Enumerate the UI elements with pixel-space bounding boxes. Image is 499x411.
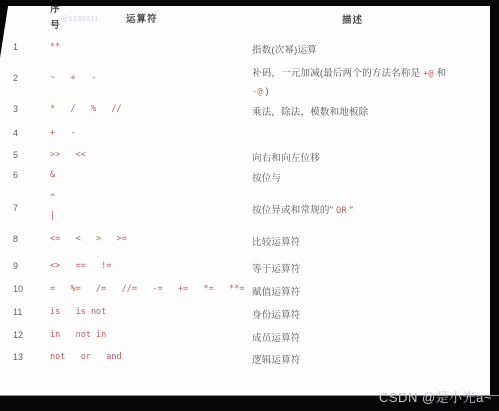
row-number: 8 [13,234,18,244]
operator-cell: >> << [50,150,86,160]
operator-cell: + - [50,128,76,138]
frame-right-bar [490,0,499,411]
row-number: 3 [13,104,18,114]
description-cell: 乘法，除法，模数和地板除 [252,104,368,122]
description-cell: 比较运算符 [252,234,301,252]
operator-token: +@ [423,69,434,79]
screenshot-page: 序 号 运算符 描述 @5330511 1 ** 指数(次幂)运算 2 ~ + … [0,0,499,411]
row-number: 4 [13,128,18,138]
column-header-description: 描述 [342,12,363,26]
operator-table: 序 号 运算符 描述 @5330511 1 ** 指数(次幂)运算 2 ~ + … [0,0,499,411]
column-header-operator: 运算符 [126,11,158,25]
description-text: 按位异或和常规的" [252,205,336,216]
operator-cell: | [50,211,55,221]
description-cell: 赋值运算符 [252,284,301,302]
description-cell: 向右和向左位移 [252,150,320,168]
description-text: ) [263,86,269,97]
operator-cell: not or and [50,352,122,362]
column-header-number: 序 号 [49,2,61,33]
description-cell: 等于运算符 [252,261,301,279]
operator-cell: is is not [50,307,106,317]
row-number: 1 [13,42,18,52]
row-number: 6 [13,170,18,180]
description-cell: 身份运算符 [252,307,301,325]
description-cell: 指数(次幂)运算 [252,42,317,60]
header-number-line2: 号 [49,18,61,34]
description-cell: 按位异或和常规的" OR " [252,202,353,220]
operator-cell: ^ [50,193,55,203]
row-number: 13 [13,352,23,362]
operator-token: -@ [252,87,263,97]
operator-cell: * / % // [50,104,122,114]
operator-cell: & [50,170,55,180]
description-cell: 成员运算符 [252,330,301,348]
description-cell: 补码，一元加减(最后两个的方法名称是 +@ 和 -@ ) [252,65,452,101]
row-number: 2 [13,73,18,83]
row-number: 9 [13,261,18,271]
row-number: 10 [13,284,23,294]
description-text: 和 [434,68,447,79]
watermark-top: @5330511 [61,16,99,23]
operator-cell: in not in [50,330,106,340]
operator-cell: <> == != [50,261,111,271]
operator-cell: = %= /= //= -= += *= **= [50,284,244,294]
description-cell: 按位与 [252,170,281,188]
operator-cell: ** [50,42,60,52]
operator-cell: <= < > >= [50,234,127,244]
description-cell: 逻辑运算符 [252,352,301,370]
description-text: 补码，一元加减(最后两个的方法名称是 [252,68,423,79]
operator-cell: ~ + - [50,73,96,83]
description-text: " [347,205,353,216]
row-number: 5 [13,150,18,160]
row-number: 11 [13,307,22,317]
row-number: 12 [13,330,23,340]
frame-top-bar [0,0,499,6]
row-number: 7 [13,203,18,213]
watermark-csdn: CSDN @是小光a~ [379,387,492,406]
operator-token: OR [336,206,347,216]
